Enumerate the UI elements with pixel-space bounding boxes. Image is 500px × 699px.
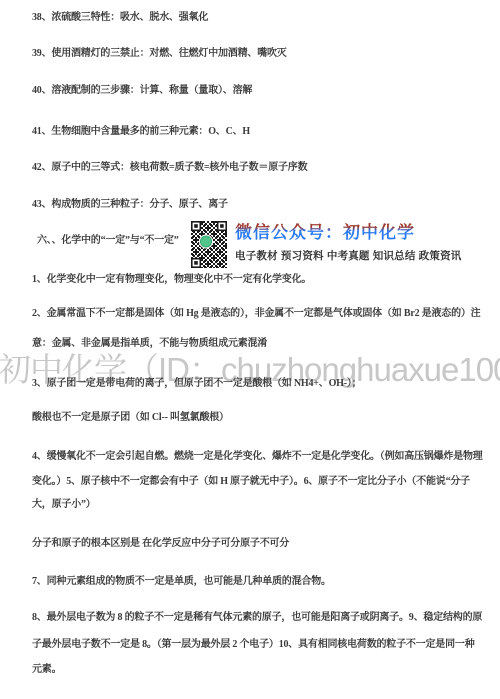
doc-line-38: 38、浓硫酸三特性：吸水、脱水、强氧化 (32, 11, 208, 24)
doc-line-8b: 子最外层电子数不一定是 8。（第一层为最外层 2 个电子）10、具有相同核电荷数… (32, 638, 475, 651)
document-page: 38、浓硫酸三特性：吸水、脱水、强氧化 39、使用酒精灯的三禁止：对燃、往燃灯中… (0, 0, 500, 699)
wechat-banner-subtitle: 电子教材 预习资料 中考真题 知识总结 政策资讯 (235, 248, 461, 263)
wechat-banner: 微信公众号：初中化学 电子教材 预习资料 中考真题 知识总结 政策资讯 (191, 221, 461, 268)
doc-line-39: 39、使用酒精灯的三禁止：对燃、往燃灯中加酒精、嘴吹灭 (32, 47, 287, 60)
doc-line-40: 40、溶液配制的三步骤：计算、称量（量取）、溶解 (32, 84, 252, 97)
doc-line-2b: 意：金属、非金属是指单质，不能与物质组成元素混淆 (32, 337, 267, 350)
qr-code-icon (191, 221, 227, 268)
doc-line-8c: 元素。 (32, 663, 61, 676)
doc-line-8a: 8、最外层电子数为 8 的粒子不一定是稀有气体元素的原子，也可能是阳离子或阴离子… (32, 611, 482, 624)
doc-line-3b: 酸根也不一定是原子团（如 Cl-- 叫氢氯酸根） (32, 411, 229, 424)
doc-line-3: 3、原子团一定是带电荷的离子，但原子团不一定是酸根（如 NH4+、OH-）； (32, 377, 362, 390)
doc-line-41: 41、生物细胞中含量最多的前三种元素：O、C、H (32, 125, 250, 138)
doc-line-note: 分子和原子的根本区别是 在化学反应中分子可分原子不可分 (32, 537, 289, 550)
doc-line-4b: 变化。）5、原子核中不一定都会有中子（如 H 原子就无中子）。6、原子不一定比分… (32, 475, 470, 488)
doc-line-4a: 4、缓慢氧化不一定会引起自燃。燃烧一定是化学变化、爆炸不一定是化学变化。（例如高… (32, 450, 483, 463)
wechat-banner-title: 微信公众号：初中化学 (235, 221, 461, 245)
doc-line-1: 1、化学变化中一定有物理变化，物理变化中不一定有化学变化。 (32, 273, 311, 286)
doc-line-4c: 大，原子小”） (32, 498, 96, 511)
doc-line-42: 42、原子中的三等式：核电荷数=质子数=核外电子数＝原子序数 (32, 161, 307, 174)
doc-line-2a: 2、金属常温下不一定都是固体（如 Hg 是液态的），非金属不一定都是气体或固体（… (32, 307, 481, 320)
doc-line-43: 43、构成物质的三种粒子：分子、原子、离子 (32, 198, 228, 211)
section-header: 六、、化学中的“一定”与“不一定” (37, 234, 179, 247)
doc-line-7: 7、同种元素组成的物质不一定是单质，也可能是几种单质的混合物。 (32, 575, 331, 588)
